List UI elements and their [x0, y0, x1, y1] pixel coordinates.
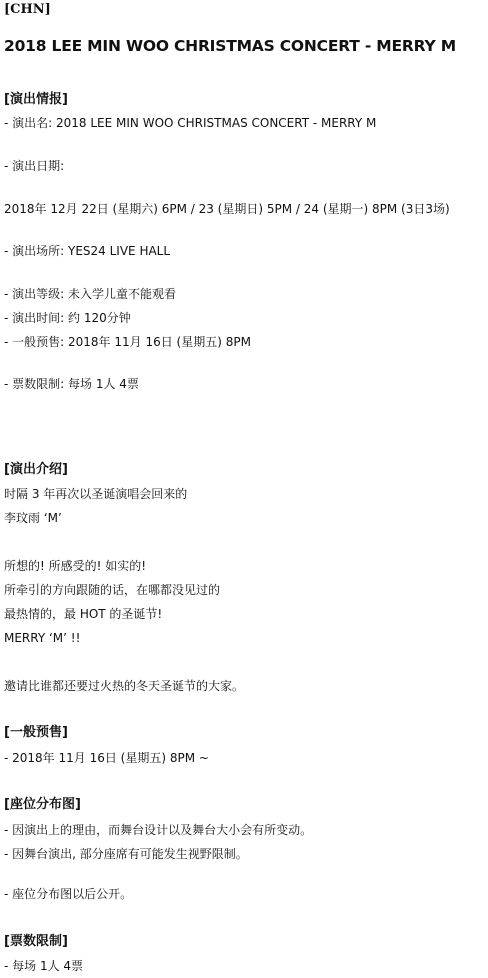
section-heading-intro: [演出介绍] — [4, 461, 68, 479]
info-dates: 2018年 12月 22日 (星期六) 6PM / 23 (星期日) 5PM /… — [4, 201, 450, 217]
intro-line: 李玟雨 ‘M’ — [4, 510, 62, 526]
info-presale: - 一般预售: 2018年 11月 16日 (星期五) 8PM — [4, 334, 251, 350]
info-ticket-limit: - 票数限制: 每场 1人 4票 — [4, 376, 139, 392]
section-heading-seating: [座位分布图] — [4, 796, 81, 814]
section-heading-limit: [票数限制] — [4, 933, 68, 951]
intro-line: MERRY ‘M’ !! — [4, 630, 80, 646]
page-title: 2018 LEE MIN WOO CHRISTMAS CONCERT - MER… — [4, 34, 456, 58]
intro-line: 邀请比谁都还要过火热的冬天圣诞节的大家。 — [4, 678, 244, 694]
language-tag: [CHN] — [4, 2, 51, 18]
intro-line: 所想的! 所感受的! 如实的! — [4, 558, 146, 574]
seating-line: - 座位分布图以后公开。 — [4, 886, 132, 902]
info-venue: - 演出场所: YES24 LIVE HALL — [4, 243, 170, 259]
intro-line: 时隔 3 年再次以圣诞演唱会回来的 — [4, 486, 187, 502]
general-sale-line: - 2018年 11月 16日 (星期五) 8PM ~ — [4, 750, 209, 766]
limit-line: - 每场 1人 4票 — [4, 958, 83, 974]
seating-line: - 因演出上的理由，而舞台设计以及舞台大小会有所变动。 — [4, 822, 312, 838]
info-date-label: - 演出日期: — [4, 158, 64, 174]
info-name: - 演出名: 2018 LEE MIN WOO CHRISTMAS CONCER… — [4, 115, 376, 131]
info-rating: - 演出等级: 未入学儿童不能观看 — [4, 286, 176, 302]
intro-line: 所牵引的方向跟随的话，在哪都没见过的 — [4, 582, 220, 598]
seating-line: - 因舞台演出, 部分座席有可能发生视野限制。 — [4, 846, 248, 862]
info-duration: - 演出时间: 约 120分钟 — [4, 310, 131, 326]
section-heading-general-sale: [一般预售] — [4, 724, 68, 742]
intro-line: 最热情的，最 HOT 的圣诞节! — [4, 606, 162, 622]
section-heading-info: [演出情报] — [4, 91, 68, 109]
